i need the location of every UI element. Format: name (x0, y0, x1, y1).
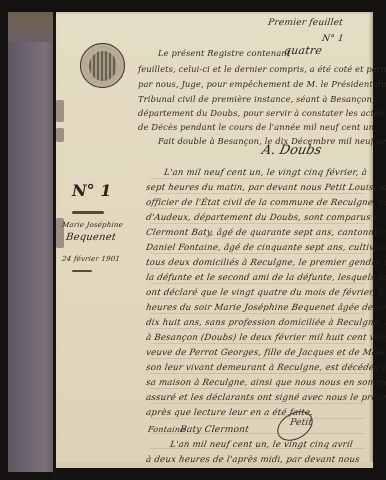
act-line: sept heures du matin, par devant nous Pe… (145, 183, 386, 193)
ruled-line (150, 253, 365, 254)
act-line: d'Audeux, département du Doubs, sont com… (145, 213, 377, 223)
act-line: tous deux domiciliés à Reculgne, le prem… (145, 258, 386, 268)
ruled-line (150, 238, 365, 239)
judge-signature: A. Doubs (260, 143, 322, 158)
act-line: Clermont Baty, âgé de quarante sept ans,… (145, 228, 386, 238)
act-line: dix huit ans, sans profession domiciliée… (145, 318, 386, 328)
act-line: ont déclaré que le vingt quatre du mois … (145, 288, 386, 298)
signature: Petit (289, 418, 312, 428)
ruled-line (150, 223, 365, 224)
ruled-line (150, 298, 365, 299)
signature: Baty Clermont (179, 425, 249, 435)
act-line: sa maison à Reculgne, ainsi que nous nou… (145, 378, 386, 388)
act-line: L'an mil neuf cent un, le vingt cinq fév… (163, 168, 367, 178)
ruled-line (150, 193, 365, 194)
ink-stain (56, 128, 64, 142)
book-cover (8, 12, 54, 472)
margin-bar (72, 211, 104, 214)
ink-stain (56, 100, 64, 122)
ruled-line (150, 283, 365, 284)
margin-name-last: Bequenet (65, 232, 117, 243)
act-line: heures du soir Marie Joséphine Bequenet … (145, 303, 386, 313)
ruled-line (150, 343, 365, 344)
printed-line: département du Doubs, pour servir à cons… (138, 108, 384, 118)
ruled-line (150, 373, 365, 374)
act-line: veuve de Perrot Georges, fille de Jacque… (145, 348, 386, 358)
printed-line: de Décès pendant le cours de l'année mil… (138, 122, 377, 132)
ruled-line (150, 208, 365, 209)
margin-date: 24 février 1901 (61, 255, 120, 263)
act-line: à deux heures de l'après midi, par devan… (145, 455, 360, 465)
act-line: son leur vivant demeurant à Reculgne, es… (145, 363, 386, 373)
printed-line: Le présent Registre contenant (158, 48, 290, 58)
act-line: assuré et les déclarants ont signé avec … (145, 393, 386, 403)
act-line: Daniel Fontaine, âgé de cinquante sept a… (145, 243, 386, 253)
sheet-number: N° 1 (321, 34, 344, 44)
republic-seal-icon (80, 43, 125, 88)
printed-line: par nous, Juge, pour empêchement de M. l… (138, 79, 386, 89)
ruled-line (150, 328, 365, 329)
ruled-line (150, 388, 365, 389)
printed-line: feuillets, celui-ci et le dernier compri… (138, 64, 386, 74)
ruled-line (150, 313, 365, 314)
margin-bar (72, 270, 92, 272)
printed-line: Tribunal civil de première instance, séa… (138, 94, 375, 104)
act-line: la défunte et le second ami de la défunt… (145, 273, 386, 283)
act-line: officier de l'État civil de la commune d… (145, 198, 386, 208)
book-cover-top (8, 12, 54, 42)
sheet-label: Premier feuillet (267, 18, 343, 28)
ruled-line (150, 178, 365, 179)
ruled-line (150, 358, 365, 359)
ruled-line (150, 268, 365, 269)
act-line: L'an mil neuf cent un, le vingt cinq avr… (169, 440, 353, 450)
ruled-line (150, 418, 365, 419)
handwritten-count: quatre (283, 44, 323, 57)
ruled-line (150, 403, 365, 404)
margin-name-first: Marie Joséphine (61, 221, 123, 229)
entry-number: N° 1 (72, 181, 111, 200)
seal-figure-icon (89, 51, 117, 81)
act-line: à Besançon (Doubs) le deux février mil h… (145, 333, 386, 343)
